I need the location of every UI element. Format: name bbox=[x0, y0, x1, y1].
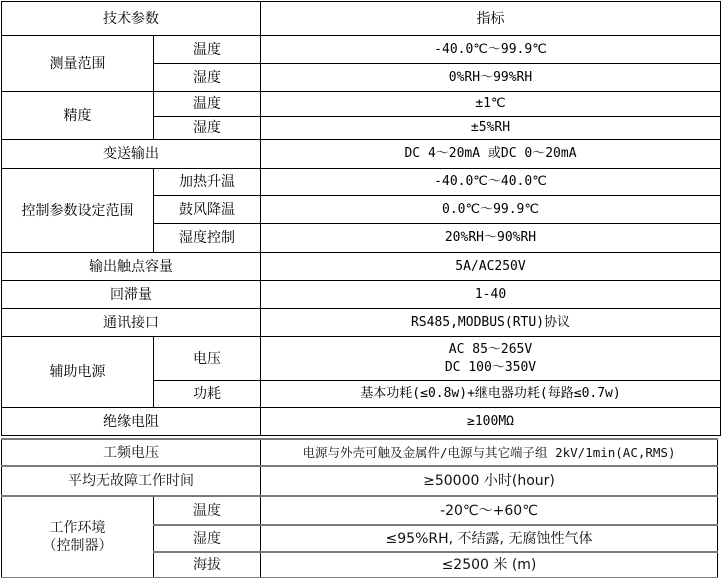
env-hum-value: ≤95%RH, 不结露, 无腐蚀性气体 bbox=[261, 525, 718, 552]
environment-label: 工作环境 （控制器） bbox=[2, 496, 154, 577]
control-humidity-value: 20%RH～90%RH bbox=[261, 224, 721, 253]
spec-table-main: 技术参数 指标 测量范围 温度 -40.0℃～99.9℃ 湿度 0%RH～99%… bbox=[1, 1, 721, 436]
control-range-label: 控制参数设定范围 bbox=[2, 169, 154, 253]
env-altitude-value: ≤2500 米 (m) bbox=[261, 552, 718, 577]
accuracy-temp-label: 温度 bbox=[154, 92, 261, 117]
aux-voltage-ac: AC 85～265V bbox=[261, 341, 720, 359]
spec-table-secondary: 工频电压 电源与外壳可触及金属件/电源与其它端子组 2kV/1min(AC,RM… bbox=[1, 438, 718, 578]
insulation-label: 绝缘电阻 bbox=[2, 408, 261, 436]
accuracy-hum-value: ±5%RH bbox=[261, 117, 721, 140]
environment-label-line1: 工作环境 bbox=[2, 519, 153, 537]
hysteresis-value: 1-40 bbox=[261, 281, 721, 309]
env-temp-label: 温度 bbox=[154, 496, 261, 525]
aux-consumption-value: 基本功耗(≤0.8w)+继电器功耗(每路≤0.7w) bbox=[261, 381, 721, 408]
mtbf-value: ≥50000 小时(hour) bbox=[261, 466, 718, 496]
control-heating-label: 加热升温 bbox=[154, 169, 261, 196]
contact-capacity-label: 输出触点容量 bbox=[2, 253, 261, 281]
aux-power-label: 辅助电源 bbox=[2, 337, 154, 408]
aux-voltage-label: 电压 bbox=[154, 337, 261, 381]
env-hum-label: 湿度 bbox=[154, 525, 261, 552]
comm-interface-label: 通讯接口 bbox=[2, 309, 261, 337]
control-cooling-label: 鼓风降温 bbox=[154, 196, 261, 224]
comm-interface-value: RS485,MODBUS(RTU)协议 bbox=[261, 309, 721, 337]
env-temp-value: -20℃～+60℃ bbox=[261, 496, 718, 525]
contact-capacity-value: 5A/AC250V bbox=[261, 253, 721, 281]
accuracy-label: 精度 bbox=[2, 92, 154, 140]
power-freq-voltage-value: 电源与外壳可触及金属件/电源与其它端子组 2kV/1min(AC,RMS) bbox=[261, 439, 718, 466]
aux-voltage-value: AC 85～265V DC 100～350V bbox=[261, 337, 721, 381]
measure-hum-value: 0%RH～99%RH bbox=[261, 64, 721, 92]
env-altitude-label: 海拔 bbox=[154, 552, 261, 577]
transmit-output-label: 变送输出 bbox=[2, 140, 261, 169]
aux-consumption-label: 功耗 bbox=[154, 381, 261, 408]
transmit-output-value: DC 4～20mA 或DC 0～20mA bbox=[261, 140, 721, 169]
mtbf-label: 平均无故障工作时间 bbox=[2, 466, 261, 496]
measure-temp-value: -40.0℃～99.9℃ bbox=[261, 36, 721, 64]
hysteresis-label: 回滞量 bbox=[2, 281, 261, 309]
header-param: 技术参数 bbox=[2, 2, 261, 36]
control-humidity-label: 湿度控制 bbox=[154, 224, 261, 253]
environment-label-line2: （控制器） bbox=[2, 537, 153, 555]
insulation-value: ≥100MΩ bbox=[261, 408, 721, 436]
measure-temp-label: 温度 bbox=[154, 36, 261, 64]
accuracy-hum-label: 湿度 bbox=[154, 117, 261, 140]
control-cooling-value: 0.0℃～99.9℃ bbox=[261, 196, 721, 224]
control-heating-value: -40.0℃～40.0℃ bbox=[261, 169, 721, 196]
header-value: 指标 bbox=[261, 2, 721, 36]
aux-voltage-dc: DC 100～350V bbox=[261, 359, 720, 377]
measure-range-label: 测量范围 bbox=[2, 36, 154, 92]
power-freq-voltage-label: 工频电压 bbox=[2, 439, 261, 466]
measure-hum-label: 湿度 bbox=[154, 64, 261, 92]
accuracy-temp-value: ±1℃ bbox=[261, 92, 721, 117]
